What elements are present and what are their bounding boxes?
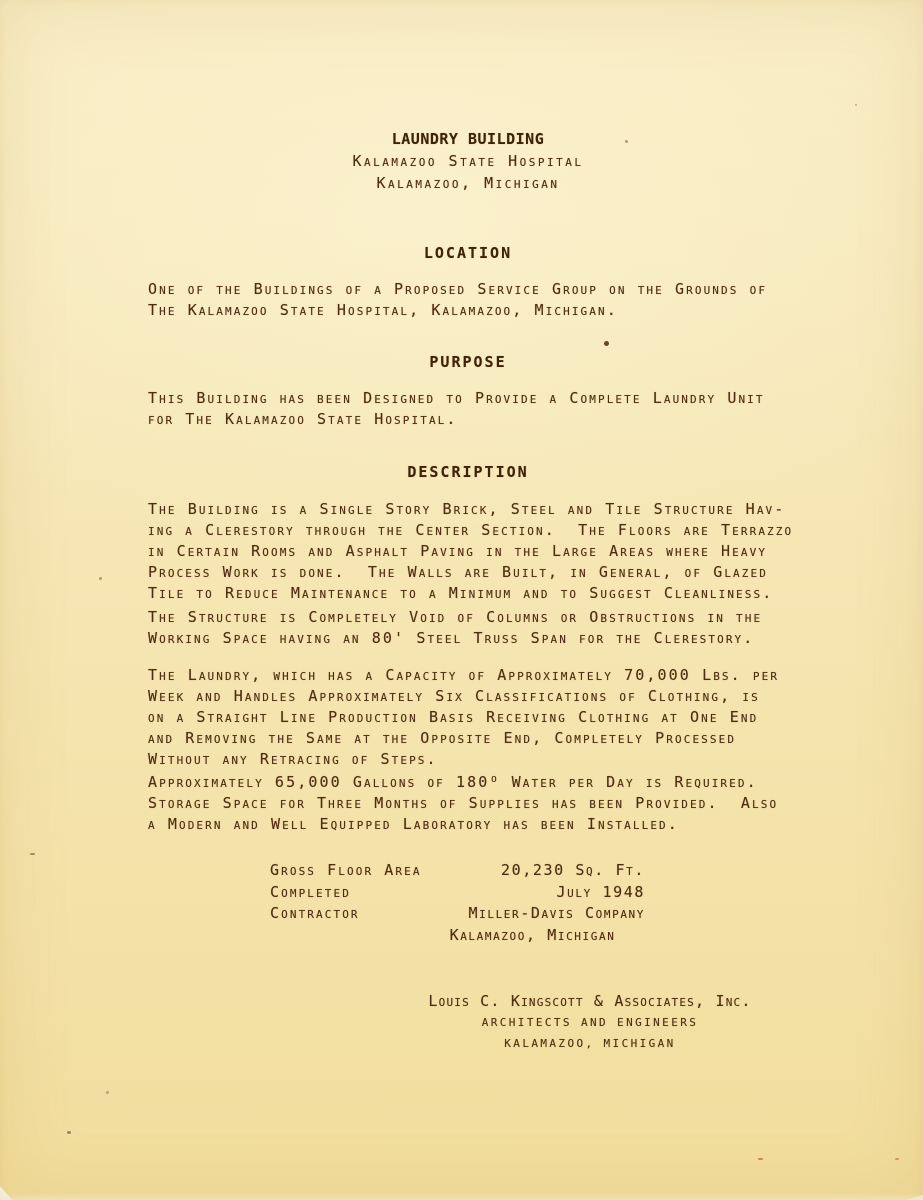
document-subtitle-city: Kalamazoo, Michigan <box>148 172 788 194</box>
section-heading-description: DESCRIPTION <box>148 462 788 483</box>
stats-value: 20,230 Sq. Ft. <box>420 860 645 882</box>
document-title: LAUNDRY BUILDING <box>148 128 788 150</box>
section-heading-purpose: PURPOSE <box>148 352 788 373</box>
architect-signature-block: Louis C. Kingscott & Associates, Inc. AR… <box>330 991 850 1054</box>
stats-row-contractor: Contractor Miller-Davis Company <box>0 903 923 925</box>
paper-corner-notch-bottom-left <box>0 1186 12 1200</box>
purpose-paragraph: This Building has been Designed to Provi… <box>148 388 765 430</box>
stats-row-gross-floor-area: Gross Floor Area 20,230 Sq. Ft. <box>0 860 923 882</box>
stats-value: Miller-Davis Company <box>420 903 645 925</box>
document-subtitle-hospital: Kalamazoo State Hospital <box>148 150 788 172</box>
description-paragraph-3: The Laundry, which has a Capacity of App… <box>148 665 779 770</box>
paper-corner-notch-bottom-right <box>907 1195 923 1200</box>
architect-firm-role: ARCHITECTS AND ENGINEERS <box>330 1012 850 1033</box>
stats-label: Completed <box>270 882 351 904</box>
stats-label: Contractor <box>270 903 360 925</box>
stats-value: Kalamazoo, Michigan <box>420 925 645 947</box>
document-title-block: LAUNDRY BUILDING Kalamazoo State Hospita… <box>148 128 788 194</box>
stats-value: July 1948 <box>420 882 645 904</box>
description-paragraph-4: Approximately 65,000 Gallons of 180ᴼ Wat… <box>148 772 778 835</box>
section-heading-location: LOCATION <box>148 243 788 264</box>
paper-bottom-edge <box>0 1193 923 1200</box>
stats-label: Gross Floor Area <box>270 860 422 882</box>
stats-row-contractor-city: Kalamazoo, Michigan <box>0 925 923 947</box>
description-paragraph-1: The Building is a Single Story Brick, St… <box>148 499 793 604</box>
architect-firm-name: Louis C. Kingscott & Associates, Inc. <box>330 991 850 1012</box>
description-paragraph-2: The Structure is Completely Void of Colu… <box>148 607 762 649</box>
scanned-document-page: LAUNDRY BUILDING Kalamazoo State Hospita… <box>0 0 923 1200</box>
location-paragraph: One of the Buildings of a Proposed Servi… <box>148 279 767 321</box>
architect-firm-city: KALAMAZOO, MICHIGAN <box>330 1033 850 1054</box>
stats-row-completed: Completed July 1948 <box>0 882 923 904</box>
